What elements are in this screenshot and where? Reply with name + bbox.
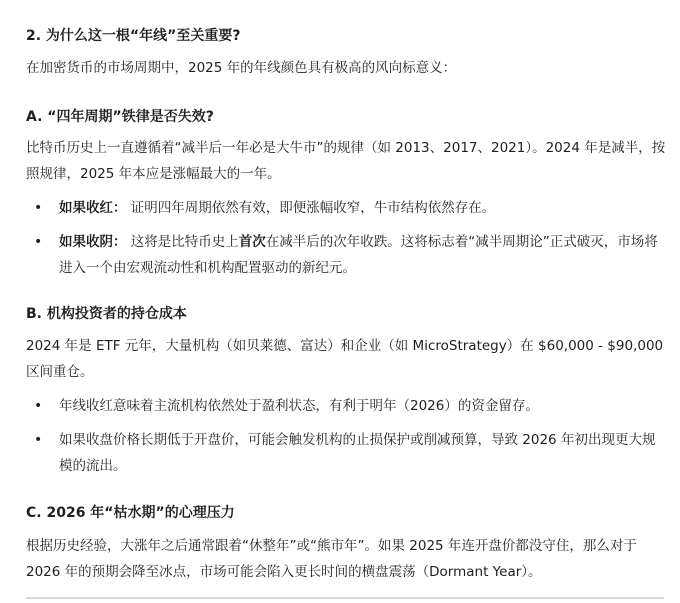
section-intro: 在加密货币的市场周期中，2025 年的年线颜色具有极高的风向标意义： <box>26 55 666 81</box>
part-b-bullet-list: 年线收红意味着主流机构依然处于盈利状态，有利于明年（2026）的资金留存。 如果… <box>26 393 666 479</box>
bullet-label: 如果收阴： <box>59 234 127 250</box>
bullet-text: 这将是比特币史上 <box>131 234 239 250</box>
part-a-body: 比特币历史上一直遵循着“减半后一年必是大牛市”的规律（如 2013、2017、2… <box>26 135 666 187</box>
part-a-heading: A. “四年周期”铁律是否失效? <box>26 104 214 130</box>
bullet-label: 如果收红： <box>59 200 127 216</box>
bullet-item: 如果收盘价格长期低于开盘价，可能会触发机构的止损保护或削减预算，导致 2026 … <box>26 427 666 479</box>
section-heading: 2. 为什么这一根“年线”至关重要? <box>26 23 240 49</box>
bullet-text: 年线收红意味着主流机构依然处于盈利状态，有利于明年（2026）的资金留存。 <box>59 398 539 414</box>
bullet-emphasis: 首次 <box>239 234 266 250</box>
section-divider <box>26 597 664 599</box>
part-c-body: 根据历史经验，大涨年之后通常跟着“休整年”或“熊市年”。如果 2025 年连开盘… <box>26 533 666 585</box>
part-c-heading: C. 2026 年“枯水期”的心理压力 <box>26 500 235 526</box>
bullet-item: 年线收红意味着主流机构依然处于盈利状态，有利于明年（2026）的资金留存。 <box>26 393 666 419</box>
bullet-item: 如果收红： 证明四年周期依然有效，即便涨幅收窄，牛市结构依然存在。 <box>26 195 666 221</box>
bullet-text: 如果收盘价格长期低于开盘价，可能会触发机构的止损保护或削减预算，导致 2026 … <box>59 432 655 474</box>
bullet-item: 如果收阴： 这将是比特币史上首次在减半后的次年收跌。这将标志着“减半周期论”正式… <box>26 229 666 281</box>
part-a-bullet-list: 如果收红： 证明四年周期依然有效，即便涨幅收窄，牛市结构依然存在。 如果收阴： … <box>26 195 666 281</box>
bullet-text: 证明四年周期依然有效，即便涨幅收窄，牛市结构依然存在。 <box>131 200 496 216</box>
part-b-body: 2024 年是 ETF 元年，大量机构（如贝莱德、富达）和企业（如 MicroS… <box>26 333 666 385</box>
part-b-heading: B. 机构投资者的持仓成本 <box>26 301 187 327</box>
